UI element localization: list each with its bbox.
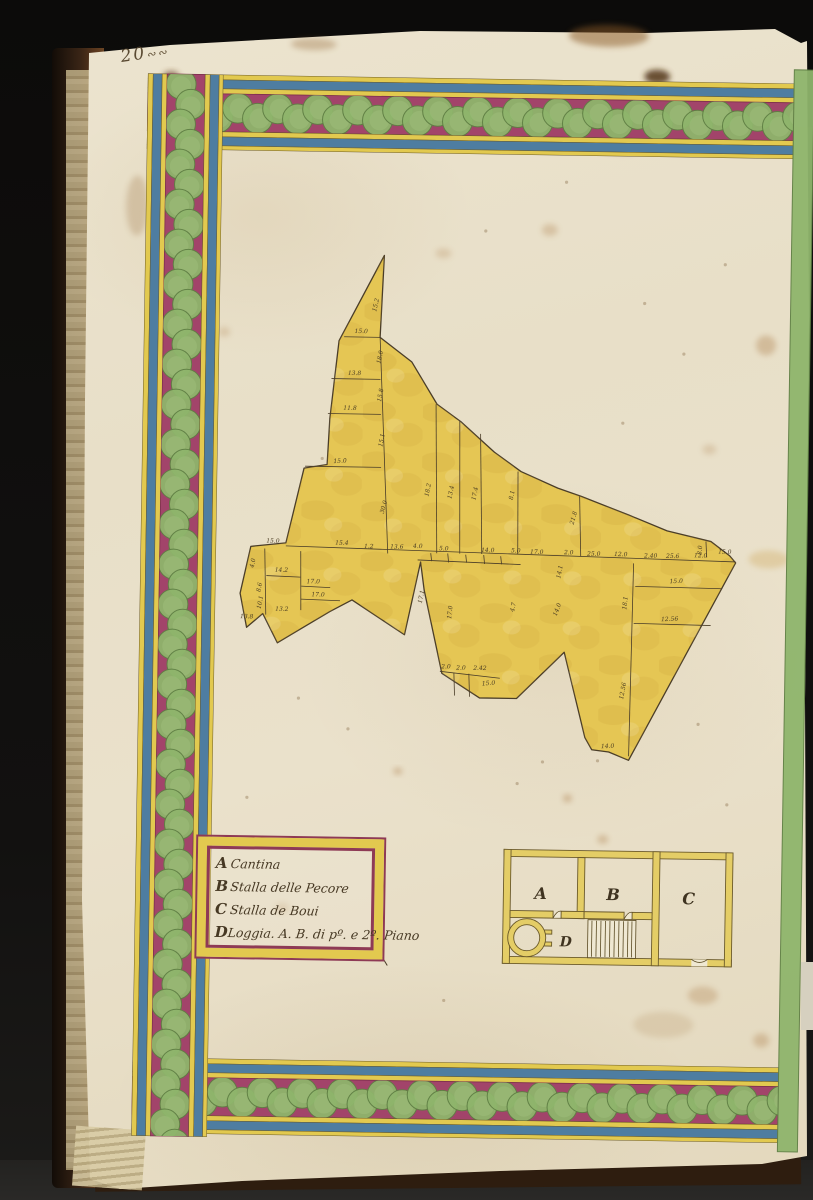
svg-text:4.0: 4.0 (412, 543, 423, 550)
svg-text:14.0: 14.0 (601, 743, 615, 750)
legend-row-d: D Loggia. A. B. di pº. e 2º. Piano (215, 923, 367, 948)
room-c-label: C (682, 889, 695, 908)
staircase (587, 920, 636, 959)
svg-text:12.56: 12.56 (661, 616, 679, 624)
room-b-label: B (605, 885, 620, 904)
legend-text-c: Stalla de Boui (229, 902, 319, 918)
wall-a-b (577, 858, 585, 919)
svg-text:13.8: 13.8 (240, 613, 254, 620)
svg-text:2.0: 2.0 (440, 663, 451, 670)
legend-key-b: B (215, 877, 230, 895)
svg-text:13.6: 13.6 (390, 544, 404, 551)
legend-box: A Cantina B Stalla delle Pecore C Stalla… (194, 835, 386, 962)
legend-key-c: C (215, 900, 230, 918)
floorplan-drawing: A B C D (499, 841, 736, 970)
legend-key-a: A (216, 854, 231, 872)
legend-core: A Cantina B Stalla delle Pecore C Stalla… (206, 846, 376, 951)
svg-text:15.0: 15.0 (482, 680, 496, 688)
illuminated-border-and-map-svg: 15.013.811.815.015.218.015.815.130.018.2… (0, 0, 813, 1200)
svg-text:1.2: 1.2 (364, 543, 374, 550)
svg-text:12.0: 12.0 (694, 552, 708, 559)
svg-text:15.0: 15.0 (669, 578, 683, 585)
svg-text:5.0: 5.0 (439, 545, 449, 552)
legend-key-d: D (215, 923, 228, 941)
svg-text:15.4: 15.4 (335, 540, 349, 547)
svg-text:11.8: 11.8 (343, 405, 357, 412)
folio-flourish: ∾∾ (145, 45, 169, 61)
well-circle (510, 921, 542, 953)
svg-text:2.42: 2.42 (472, 665, 487, 672)
svg-text:12.0: 12.0 (614, 551, 628, 558)
svg-text:15.0: 15.0 (333, 457, 347, 465)
svg-text:17.0: 17.0 (307, 578, 321, 585)
svg-text:13.2: 13.2 (275, 606, 289, 613)
svg-text:18.1: 18.1 (621, 596, 629, 610)
manuscript-scan: { "page": { "folio_number": "20", "flour… (0, 0, 813, 1200)
svg-text:15.0: 15.0 (266, 538, 280, 545)
room-d-label: D (559, 934, 573, 950)
svg-text:17.0: 17.0 (530, 549, 544, 556)
room-a-label: A (532, 884, 547, 903)
svg-text:5.0: 5.0 (511, 547, 521, 554)
legend-row-b: B Stalla delle Pecore (215, 877, 367, 902)
svg-text:15.0: 15.0 (718, 549, 732, 556)
svg-text:17.1: 17.1 (417, 590, 426, 604)
svg-text:14.0: 14.0 (481, 547, 495, 554)
svg-text:15.0: 15.0 (354, 328, 368, 335)
folio-number-text: 20 (119, 43, 147, 66)
legend-row-c: C Stalla de Boui (215, 900, 367, 925)
legend-text-a: Cantina (230, 856, 281, 872)
svg-text:13.8: 13.8 (348, 370, 362, 377)
legend-text-b: Stalla delle Pecore (230, 879, 350, 896)
svg-text:2.40: 2.40 (643, 552, 658, 559)
svg-text:17.0: 17.0 (446, 605, 454, 619)
svg-text:17.0: 17.0 (311, 591, 325, 598)
legend-row-a: A Cantina (216, 854, 368, 879)
svg-text:2.0: 2.0 (563, 549, 574, 556)
svg-text:25.6: 25.6 (665, 553, 680, 560)
legend-text-d: Loggia. A. B. di pº. e 2º. Piano (227, 925, 421, 943)
svg-text:2.0: 2.0 (455, 665, 466, 672)
wall-b-c (651, 852, 660, 966)
svg-text:14.2: 14.2 (275, 567, 289, 574)
svg-text:25.0: 25.0 (586, 551, 601, 558)
legend-yellow-frame: A Cantina B Stalla delle Pecore C Stalla… (196, 837, 384, 960)
page-content: 15.013.811.815.015.218.015.815.130.018.2… (0, 0, 813, 1200)
